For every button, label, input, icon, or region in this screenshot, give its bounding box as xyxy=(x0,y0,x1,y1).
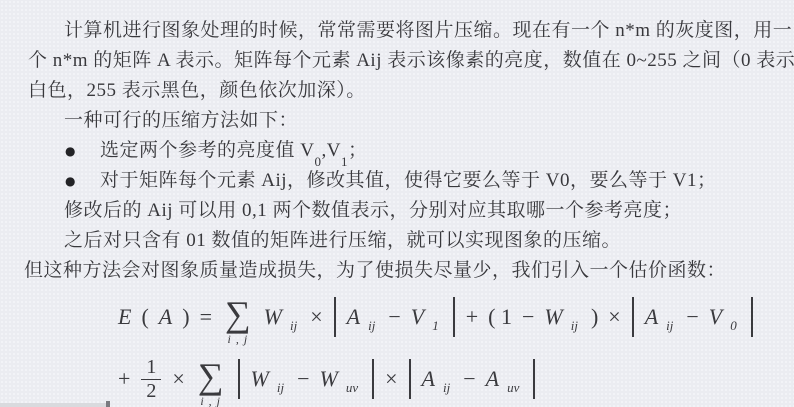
subscript: ij xyxy=(666,319,673,332)
sigma-subscript: i , j xyxy=(200,394,221,407)
paragraph-line: 白色，255 表示黑色，颜色依次加深）。 xyxy=(0,76,794,106)
subscript: ij xyxy=(571,319,578,332)
subscript: ij xyxy=(443,381,450,394)
paragraph-line: 但这种方法会对图象质量造成损失，为了使损失尽量少，我们引入一个估价函数： xyxy=(0,256,794,286)
abs-bar xyxy=(238,359,240,399)
formula-symbol: W xyxy=(264,304,282,330)
text-segment: 选定两个参考的亮度值 V xyxy=(100,140,314,161)
subscript: ij xyxy=(368,319,375,332)
formula-symbol: V xyxy=(411,304,424,330)
times-sign: × xyxy=(608,304,620,330)
paragraph-line: 之后对只含有 01 数值的矩阵进行压缩，就可以实现图象的压缩。 xyxy=(0,226,794,256)
formula-symbol: V xyxy=(709,304,722,330)
formula-symbol: E xyxy=(118,304,131,330)
formula-line-1: E ( A ) = ∑ i , j Wij × Aij − V1 + ( 1 −… xyxy=(0,288,794,346)
subscript: uv xyxy=(507,381,519,394)
minus-sign: − xyxy=(463,366,475,392)
minus-sign: − xyxy=(522,304,534,330)
bullet-text: 对于矩阵每个元素 Aij，修改其值，使得它要么等于 V0，要么等于 V1； xyxy=(100,166,716,196)
abs-bar xyxy=(453,297,455,337)
paragraph-line: 计算机进行图象处理的时候，常常需要将图片压缩。现在有一个 n*m 的灰度图，用一 xyxy=(0,16,794,46)
sigma-glyph: ∑ xyxy=(225,299,251,330)
document-page: 计算机进行图象处理的时候，常常需要将图片压缩。现在有一个 n*m 的灰度图，用一… xyxy=(0,0,794,407)
summation-symbol: ∑ i , j xyxy=(198,361,224,407)
plus-sign: + xyxy=(466,304,478,330)
subscript: 1 xyxy=(432,319,439,332)
bullet-item: ● 选定两个参考的亮度值 V0,V1； xyxy=(0,136,794,166)
bullet-icon: ● xyxy=(65,145,76,157)
bullet-icon: ● xyxy=(65,175,76,187)
text-segment: ,V xyxy=(321,140,340,161)
bullet-text: 选定两个参考的亮度值 V0,V1； xyxy=(100,136,367,166)
window-edge-artifact xyxy=(0,403,106,407)
summation-symbol: ∑ i , j xyxy=(225,299,251,348)
formula-symbol: A xyxy=(645,304,658,330)
paragraph-line: 一种可行的压缩方法如下： xyxy=(0,106,794,136)
formula-paren: ( xyxy=(141,304,148,330)
subscript: ij xyxy=(290,319,297,332)
abs-bar xyxy=(632,297,634,337)
paragraph-line: 修改后的 Aij 可以用 0,1 两个数值表示，分别对应其取哪一个参考亮度； xyxy=(0,196,794,226)
abs-bar xyxy=(409,359,411,399)
text-segment: ； xyxy=(348,140,368,161)
formula-symbol: W xyxy=(320,366,338,392)
formula-line-2: + 1 2 × ∑ i , j Wij − Wuv × Aij − Auv xyxy=(0,350,794,407)
times-sign: × xyxy=(310,304,322,330)
fraction-one-half: 1 2 xyxy=(141,356,161,403)
times-sign: × xyxy=(172,366,184,392)
formula-symbol: A xyxy=(347,304,360,330)
abs-bar xyxy=(533,359,535,399)
minus-sign: − xyxy=(686,304,698,330)
plus-sign: + xyxy=(118,366,130,392)
subscript: 0 xyxy=(314,154,321,169)
subscript: ij xyxy=(277,381,284,394)
formula-paren: ) xyxy=(182,304,189,330)
sigma-subscript: i , j xyxy=(227,332,248,347)
formula-symbol: A xyxy=(159,304,172,330)
formula-paren: ( 1 xyxy=(488,304,512,330)
formula-symbol: A xyxy=(486,366,499,392)
minus-sign: − xyxy=(297,366,309,392)
sigma-glyph: ∑ xyxy=(198,361,224,392)
bullet-item: ● 对于矩阵每个元素 Aij，修改其值，使得它要么等于 V0，要么等于 V1； xyxy=(0,166,794,196)
problem-statement: 计算机进行图象处理的时候，常常需要将图片压缩。现在有一个 n*m 的灰度图，用一… xyxy=(0,16,794,286)
fraction-numerator: 1 xyxy=(141,356,161,380)
formula-paren: ) xyxy=(591,304,598,330)
evaluation-function-formula: E ( A ) = ∑ i , j Wij × Aij − V1 + ( 1 −… xyxy=(0,288,794,407)
paragraph-line: 个 n*m 的矩阵 A 表示。矩阵每个元素 Aij 表示该像素的亮度，数值在 0… xyxy=(0,46,794,76)
fraction-denominator: 2 xyxy=(146,380,156,403)
subscript: uv xyxy=(346,381,358,394)
subscript: 0 xyxy=(730,319,737,332)
minus-sign: − xyxy=(388,304,400,330)
abs-bar xyxy=(334,297,336,337)
formula-symbol: W xyxy=(544,304,562,330)
equals-sign: = xyxy=(200,304,212,330)
subscript: 1 xyxy=(341,154,348,169)
times-sign: × xyxy=(385,366,397,392)
formula-symbol: A xyxy=(422,366,435,392)
abs-bar xyxy=(751,297,753,337)
abs-bar xyxy=(372,359,374,399)
formula-symbol: W xyxy=(251,366,269,392)
